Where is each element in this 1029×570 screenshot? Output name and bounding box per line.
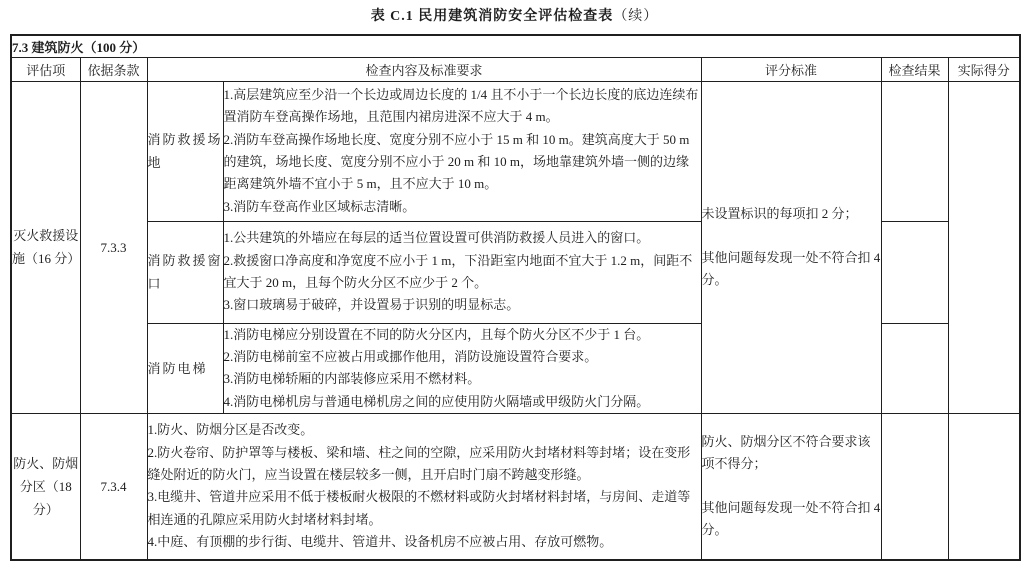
score-cell — [948, 414, 1020, 560]
content-item: 2.救援窗口净高度和净宽度不应小于 1 m，下沿距室内地面不宜大于 1.2 m，… — [224, 250, 701, 295]
content-item: 2.防火卷帘、防护罩等与楼板、梁和墙、柱之间的空隙，应采用防火封堵材料等封堵；设… — [148, 442, 701, 487]
scoring-criteria-cell: 未设置标识的每项扣 2 分； 其他问题每发现一处不符合扣 4 分。 — [701, 81, 881, 414]
content-item: 1.公共建筑的外墙应在每层的适当位置设置可供消防救援人员进入的窗口。 — [224, 227, 701, 249]
content-cell: 1.消防电梯应分别设置在不同的防火分区内，且每个防火分区不少于 1 台。 2.消… — [223, 323, 701, 414]
result-cell — [881, 323, 948, 414]
scoring-line: 未设置标识的每项扣 2 分； — [702, 203, 881, 225]
content-item: 1.防火、防烟分区是否改变。 — [148, 419, 701, 441]
col-header-content: 检查内容及标准要求 — [147, 57, 701, 81]
score-cell — [948, 81, 1020, 414]
scoring-criteria-cell: 防火、防烟分区不符合要求该项不得分； 其他问题每发现一处不符合扣 4 分。 — [701, 414, 881, 560]
scoring-line: 其他问题每发现一处不符合扣 4 分。 — [702, 497, 881, 541]
section-header: 7.3 建筑防火（100 分） — [11, 35, 1020, 57]
clause-cell: 7.3.3 — [80, 81, 147, 414]
content-item: 3.消防车登高作业区域标志清晰。 — [224, 196, 701, 218]
document-title-continued: （续） — [613, 9, 658, 24]
document-title: 表 C.1 民用建筑消防安全评估检查表（续） — [0, 5, 1029, 25]
content-item: 2.消防车登高操作场地长度、宽度分别不应小于 15 m 和 10 m。建筑高度大… — [224, 129, 701, 196]
content-item: 4.消防电梯机房与普通电梯机房之间的应使用防火隔墙或甲级防火门分隔。 — [224, 391, 701, 413]
content-item: 3.电缆井、管道井应采用不低于楼板耐火极限的不燃材料或防火封堵材料封堵，与房间、… — [148, 486, 701, 531]
content-item: 3.消防电梯轿厢的内部装修应采用不燃材料。 — [224, 368, 701, 390]
clause-cell: 7.3.4 — [80, 414, 147, 560]
result-cell — [881, 221, 948, 323]
table-row: 灭火救援设施（16 分） 7.3.3 消防救援场地 1.高层建筑应至少沿一个长边… — [11, 81, 1020, 221]
table-row: 防火、防烟分区（18 分） 7.3.4 1.防火、防烟分区是否改变。 2.防火卷… — [11, 414, 1020, 560]
item-cell: 防火、防烟分区（18 分） — [11, 414, 80, 560]
content-item: 3.窗口玻璃易于破碎，并设置易于识别的明显标志。 — [224, 294, 701, 316]
col-header-score: 实际得分 — [948, 57, 1020, 81]
content-cell: 1.公共建筑的外墙应在每层的适当位置设置可供消防救援人员进入的窗口。 2.救援窗… — [223, 221, 701, 323]
content-cell: 1.防火、防烟分区是否改变。 2.防火卷帘、防护罩等与楼板、梁和墙、柱之间的空隙… — [147, 414, 701, 560]
subrow-label-rescue-window: 消防救援窗口 — [147, 221, 223, 323]
content-item: 1.消防电梯应分别设置在不同的防火分区内，且每个防火分区不少于 1 台。 — [224, 324, 701, 346]
scoring-line: 防火、防烟分区不符合要求该项不得分； — [702, 431, 881, 475]
item-cell: 灭火救援设施（16 分） — [11, 81, 80, 414]
result-cell — [881, 81, 948, 221]
col-header-result: 检查结果 — [881, 57, 948, 81]
col-header-clause: 依据条款 — [80, 57, 147, 81]
document-title-text: 表 C.1 民用建筑消防安全评估检查表 — [371, 9, 614, 24]
content-item: 4.中庭、有顶棚的步行街、电缆井、管道井、设备机房不应被占用、存放可燃物。 — [148, 531, 701, 553]
scoring-line: 其他问题每发现一处不符合扣 4 分。 — [702, 247, 881, 291]
result-cell — [881, 414, 948, 560]
document-page: 表 C.1 民用建筑消防安全评估检查表（续） 7.3 建筑防火（100 分） 评… — [0, 0, 1029, 570]
col-header-item: 评估项 — [11, 57, 80, 81]
content-item: 2.消防电梯前室不应被占用或挪作他用，消防设施设置符合要求。 — [224, 346, 701, 368]
subrow-label-rescue-site: 消防救援场地 — [147, 81, 223, 221]
col-header-scoring: 评分标准 — [701, 57, 881, 81]
subrow-label-fire-elevator: 消防电梯 — [147, 323, 223, 414]
assessment-checklist-table: 7.3 建筑防火（100 分） 评估项 依据条款 检查内容及标准要求 评分标准 … — [10, 34, 1021, 561]
content-cell: 1.高层建筑应至少沿一个长边或周边长度的 1/4 且不小于一个长边长度的底边连续… — [223, 81, 701, 221]
content-item: 1.高层建筑应至少沿一个长边或周边长度的 1/4 且不小于一个长边长度的底边连续… — [224, 84, 701, 129]
